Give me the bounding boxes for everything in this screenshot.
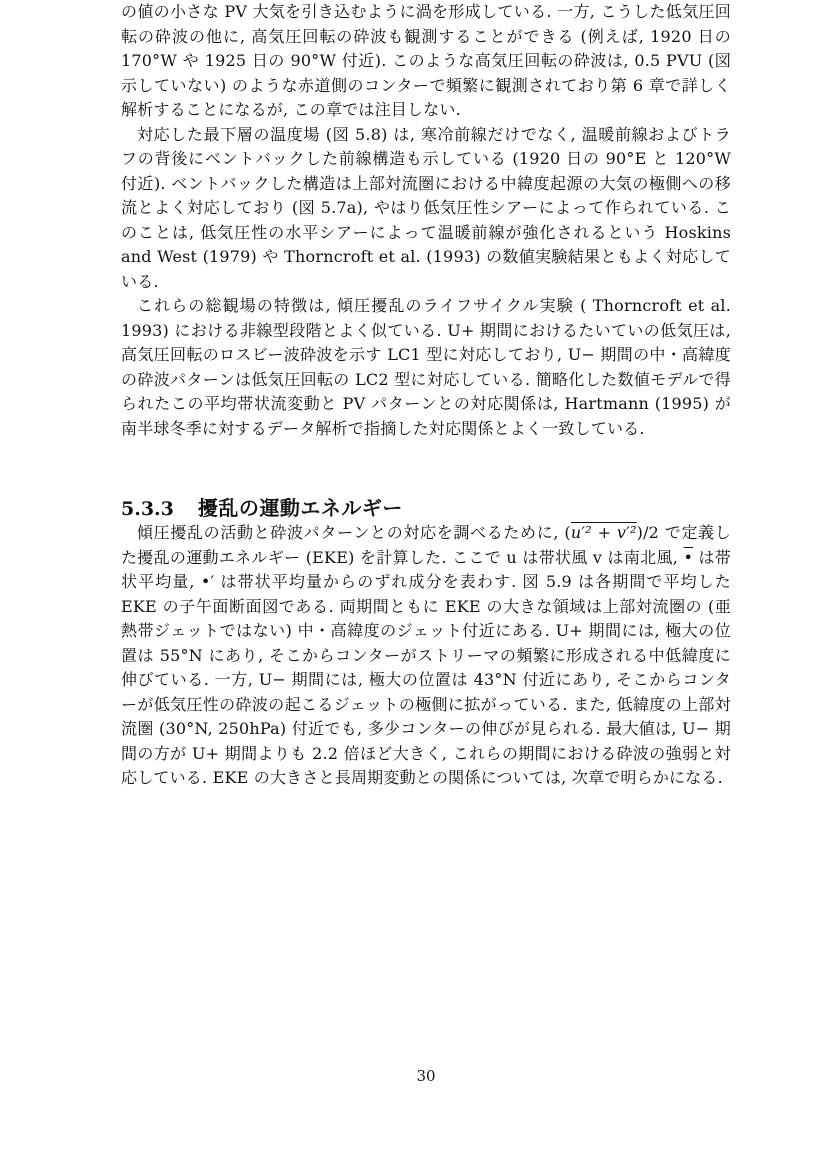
para-eddy-kinetic-energy: 傾圧擾乱の活動と砕波パターンとの対応を調べるために, (u′² + v′²)/2… <box>121 521 731 791</box>
eke-formula-overlined: u′² + v′² <box>571 523 637 542</box>
para-lowest-level-temperature-field: 対応した最下層の温度場 (図 5.8) は, 寒冷前線だけでなく, 温暖前線およ… <box>121 123 731 295</box>
zonal-mean-symbol: • <box>683 548 693 567</box>
section-number: 5.3.3 <box>121 498 174 520</box>
para-anticyclonic-wave-breaking: の値の小さな PV 大気を引き込むように渦を形成している. 一方, こうした低気… <box>121 0 731 123</box>
page-number: 30 <box>121 1067 731 1085</box>
section-title: 擾乱の運動エネルギー <box>198 492 403 521</box>
section-heading: 5.3.3 擾乱の運動エネルギー <box>121 492 731 521</box>
eke-para-pre-text: 傾圧擾乱の活動と砕波パターンとの対応を調べるために, ( <box>137 523 571 542</box>
para-synoptic-lifecycle-comparison: これらの総観場の特徴は, 傾圧擾乱のライフサイクル実験 ( Thorncroft… <box>121 294 731 441</box>
eke-para-rest-text: は帯状平均量, •′ は帯状平均量からのずれ成分を表わす. 図 5.9 は各期間… <box>121 548 731 788</box>
content-column: の値の小さな PV 大気を引き込むように渦を形成している. 一方, こうした低気… <box>121 0 731 791</box>
document-page: { "paragraphs": { "p1": "の値の小さな PV 大気を引き… <box>0 0 826 1169</box>
